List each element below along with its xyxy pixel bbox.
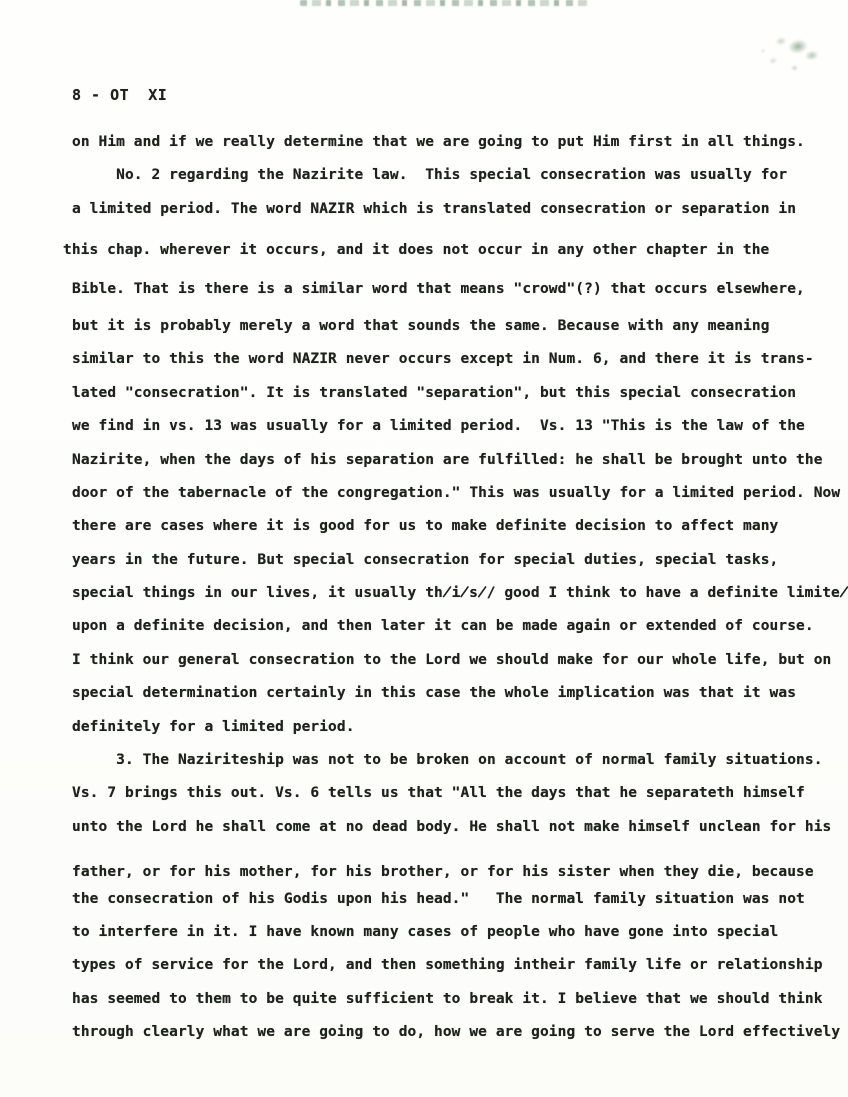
typed-line: we find in vs. 13 was usually for a limi… (72, 410, 848, 443)
typed-line: Bible. That is there is a similar word t… (72, 273, 848, 306)
typed-line: 3. The Naziriteship was not to be broken… (72, 744, 848, 777)
typed-line: there are cases where it is good for us … (72, 510, 848, 543)
typed-line: I think our general consecration to the … (72, 644, 848, 677)
typed-line: special determination certainly in this … (72, 677, 848, 710)
ink-smudge (747, 15, 835, 88)
typed-line: door of the tabernacle of the congregati… (72, 477, 848, 510)
typed-line: the consecration of his Godis upon his h… (72, 883, 848, 916)
typed-line: unto the Lord he shall come at no dead b… (72, 811, 848, 844)
typed-line: Nazirite, when the days of his separatio… (72, 444, 848, 477)
typed-line: has seemed to them to be quite sufficien… (72, 983, 848, 1016)
page-number-header: 8 - OT XI (72, 86, 167, 104)
typed-line: lated "consecration". It is translated "… (72, 377, 848, 410)
typed-line: similar to this the word NAZIR never occ… (72, 343, 848, 376)
typed-line: a limited period. The word NAZIR which i… (72, 193, 848, 226)
typed-line: upon a definite decision, and then later… (72, 610, 848, 643)
typed-line: definitely for a limited period. (72, 711, 848, 744)
typed-line: through clearly what we are going to do,… (72, 1016, 848, 1049)
typed-line: types of service for the Lord, and then … (72, 949, 848, 982)
cut-off-typed-line (300, 0, 590, 6)
typed-line: No. 2 regarding the Nazirite law. This s… (72, 159, 848, 192)
typed-line: special things in our lives, it usually … (72, 577, 848, 610)
typed-line: on Him and if we really determine that w… (72, 126, 848, 159)
typed-line: to interfere in it. I have known many ca… (72, 916, 848, 949)
typed-line: years in the future. But special consecr… (72, 544, 848, 577)
typed-text-body: on Him and if we really determine that w… (72, 126, 848, 1050)
typed-line: this chap. wherever it occurs, and it do… (63, 234, 848, 267)
document-page: 8 - OT XI on Him and if we really determ… (0, 0, 848, 1097)
typed-line: but it is probably merely a word that so… (72, 310, 848, 343)
typed-line: Vs. 7 brings this out. Vs. 6 tells us th… (72, 777, 848, 810)
